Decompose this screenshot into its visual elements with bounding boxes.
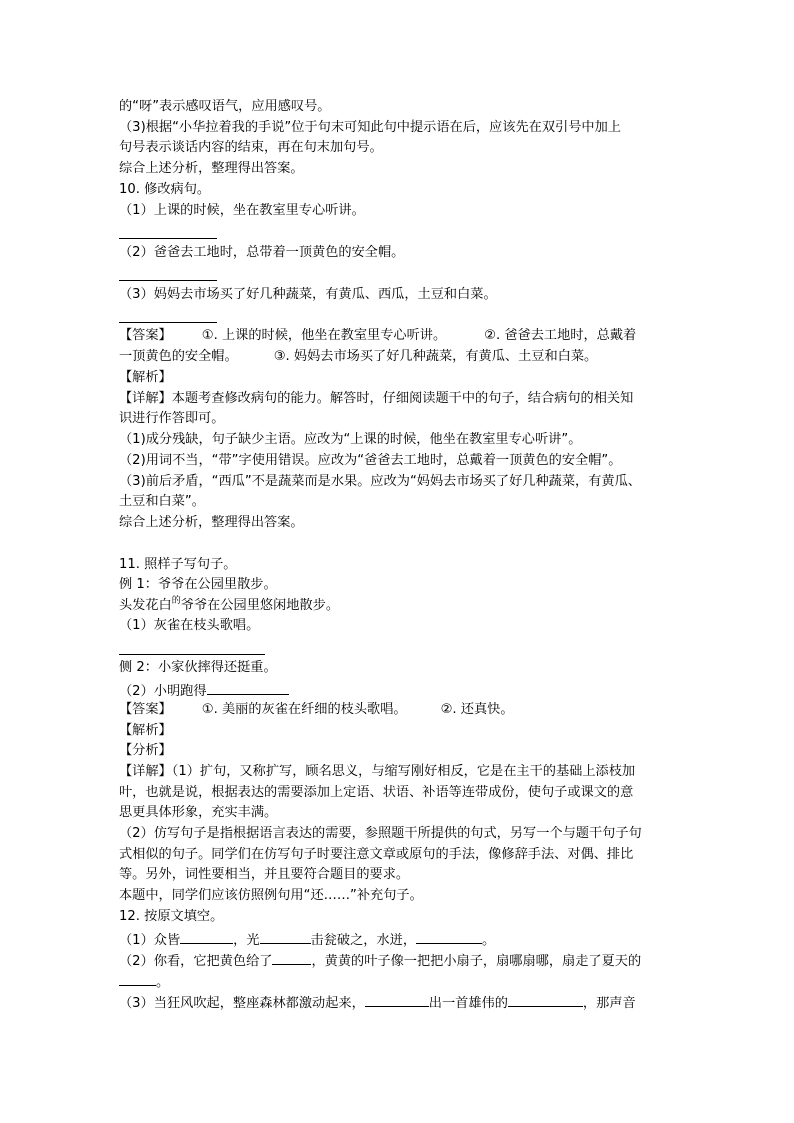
- fill-blank[interactable]: [272, 950, 311, 965]
- answer-1: ①. 上课的时候，他坐在教室里专心听讲。: [202, 328, 446, 343]
- answer-label: 【答案】: [119, 702, 172, 717]
- question-text: ，光: [233, 933, 259, 948]
- question-item: （2）你看，它把黄色给了，黄黄的叶子像一把把小扇子，扇哪扇哪，扇走了夏天的: [119, 950, 641, 968]
- question-text: 。: [156, 975, 169, 990]
- answer-3: ③. 妈妈去市场买了好几种蔬菜，有黄瓜、土豆和白菜。: [274, 349, 598, 364]
- answer-blank-line[interactable]: [119, 238, 217, 239]
- question-item: （1）众皆，光击瓮破之，水迸，。: [119, 929, 495, 947]
- answer-line: 一顶黄色的安全帽。③. 妈妈去市场买了好几种蔬菜，有黄瓜、土豆和白菜。: [119, 348, 597, 366]
- detail-text: 等。另外，词性要相当，并且要符合题目的要求。: [119, 866, 409, 884]
- question-title: 10. 修改病句。: [119, 181, 210, 199]
- question-text: （1）众皆: [119, 933, 180, 948]
- example-text: 例 1：爷爷在公园里散步。: [119, 576, 277, 594]
- detail-text: （1)成分残缺，句子缺少主语。应改为“上课的时候，他坐在教室里专心听讲”。: [119, 431, 581, 449]
- example-expanded-part: 爷爷在公园里悠闲地散步。: [181, 598, 339, 613]
- answer-label: 【答案】: [119, 328, 172, 343]
- detail-text: 【详解】本题考查修改病句的能力。解答时，仔细阅读题干中的句子，结合病句的相关知: [119, 390, 633, 408]
- detail-text: 本题中，同学们应该仿照例句用“还……”补充句子。: [119, 887, 423, 905]
- question-item: （1）上课的时候，坐在教室里专心听讲。: [119, 202, 365, 220]
- answer-1: ①. 美丽的灰雀在纤细的枝头歌唱。: [202, 702, 407, 717]
- question-item: （2）爸爸去工地时，总带着一顶黄色的安全帽。: [119, 244, 404, 262]
- question-title: 12. 按原文填空。: [119, 908, 223, 926]
- detail-text: 【详解】（1）扩句，又称扩写，顾名思义，与缩写刚好相反，它是在主干的基础上添枝加: [119, 763, 635, 781]
- answer-blank-line[interactable]: [119, 654, 265, 655]
- fenxi-label: 【分析】: [119, 742, 172, 760]
- question-item-text: （2）小明跑得: [119, 684, 207, 699]
- example-text: 侧 2：小家伙摔得还挺重。: [119, 659, 277, 677]
- question-item: （3）当狂风吹起，整座森林都激动起来，出一首雄伟的，那声音: [119, 992, 636, 1010]
- text-line: 综合上述分析，整理得出答案。: [119, 160, 304, 178]
- answer-line: 【答案】①. 美丽的灰雀在纤细的枝头歌唱。②. 还真快。: [119, 701, 514, 719]
- summary-text: 综合上述分析，整理得出答案。: [119, 514, 304, 532]
- detail-text: 式相似的句子。同学们在仿写句子时要注意文章或原句的手法，像修辞手法、对偶、排比: [119, 846, 633, 864]
- superscript-text: 的: [172, 596, 181, 606]
- detail-text: 思更具体形象，充实丰满。: [119, 804, 277, 822]
- answer-blank-line[interactable]: [119, 280, 217, 281]
- question-text: 出一首雄伟的: [429, 996, 508, 1011]
- answer-line: 【答案】①. 上课的时候，他坐在教室里专心听讲。②. 爸爸去工地时，总戴着: [119, 327, 636, 345]
- analysis-label: 【解析】: [119, 369, 172, 387]
- question-text: （3）当狂风吹起，整座森林都激动起来，: [119, 996, 365, 1011]
- answer-2: ②. 爸爸去工地时，总戴着: [484, 328, 636, 343]
- detail-text: （2）仿写句子是指根据语言表达的需要，参照题干所提供的句式，另写一个与题干句子句: [119, 825, 642, 843]
- text-line: 的“呀”表示感叹语气，应用感叹号。: [119, 98, 330, 116]
- question-title: 11. 照样子写句子。: [119, 556, 236, 574]
- answer-2-cont: 一顶黄色的安全帽。: [119, 349, 238, 364]
- question-item: （2）小明跑得: [119, 680, 289, 698]
- question-text: 击瓮破之，水迸，: [311, 933, 417, 948]
- example-expanded-part: 头发花白: [119, 598, 172, 613]
- question-item-cont: 。: [119, 971, 169, 989]
- detail-text: 叶，也就是说，根据表达的需要添加上定语、状语、补语等连带成份，使句子或课文的意: [119, 784, 633, 802]
- question-text: 。: [482, 933, 495, 948]
- answer-2: ②. 还真快。: [441, 702, 514, 717]
- question-text: ，黄黄的叶子像一把把小扇子，扇哪扇哪，扇走了夏天的: [311, 954, 641, 969]
- detail-text: 识进行作答即可。: [119, 410, 225, 428]
- example-expanded: 头发花白的爷爷在公园里悠闲地散步。: [119, 597, 339, 615]
- fill-blank[interactable]: [119, 971, 156, 986]
- question-item: （3）妈妈去市场买了好几种蔬菜，有黄瓜、西瓜，土豆和白菜。: [119, 286, 497, 304]
- fill-blank[interactable]: [260, 929, 311, 944]
- question-text: （2）你看，它把黄色给了: [119, 954, 272, 969]
- text-line: （3)根据“小华拉着我的手说”位于句末可知此句中提示语在后，应该先在双引号中加上: [119, 119, 621, 137]
- fill-blank[interactable]: [180, 929, 233, 944]
- answer-blank-line[interactable]: [119, 322, 217, 323]
- fill-blank[interactable]: [508, 992, 583, 1007]
- detail-text: 土豆和白菜”。: [119, 493, 205, 511]
- fill-blank[interactable]: [365, 992, 429, 1007]
- detail-text: （3)前后矛盾，“西瓜”不是蔬菜而是水果。应改为“妈妈去市场买了好几种蔬菜，有黄…: [119, 473, 641, 491]
- fill-blank[interactable]: [207, 680, 289, 695]
- question-item: （1）灰雀在枝头歌唱。: [119, 617, 259, 635]
- detail-text: （2)用词不当，“带”字使用错误。应改为“爸爸去工地时，总戴着一顶黄色的安全帽”…: [119, 452, 621, 470]
- text-line: 句号表示谈话内容的结束，再在句末加句号。: [119, 139, 383, 157]
- question-text: ，那声音: [583, 996, 636, 1011]
- analysis-label: 【解析】: [119, 722, 172, 740]
- fill-blank[interactable]: [416, 929, 482, 944]
